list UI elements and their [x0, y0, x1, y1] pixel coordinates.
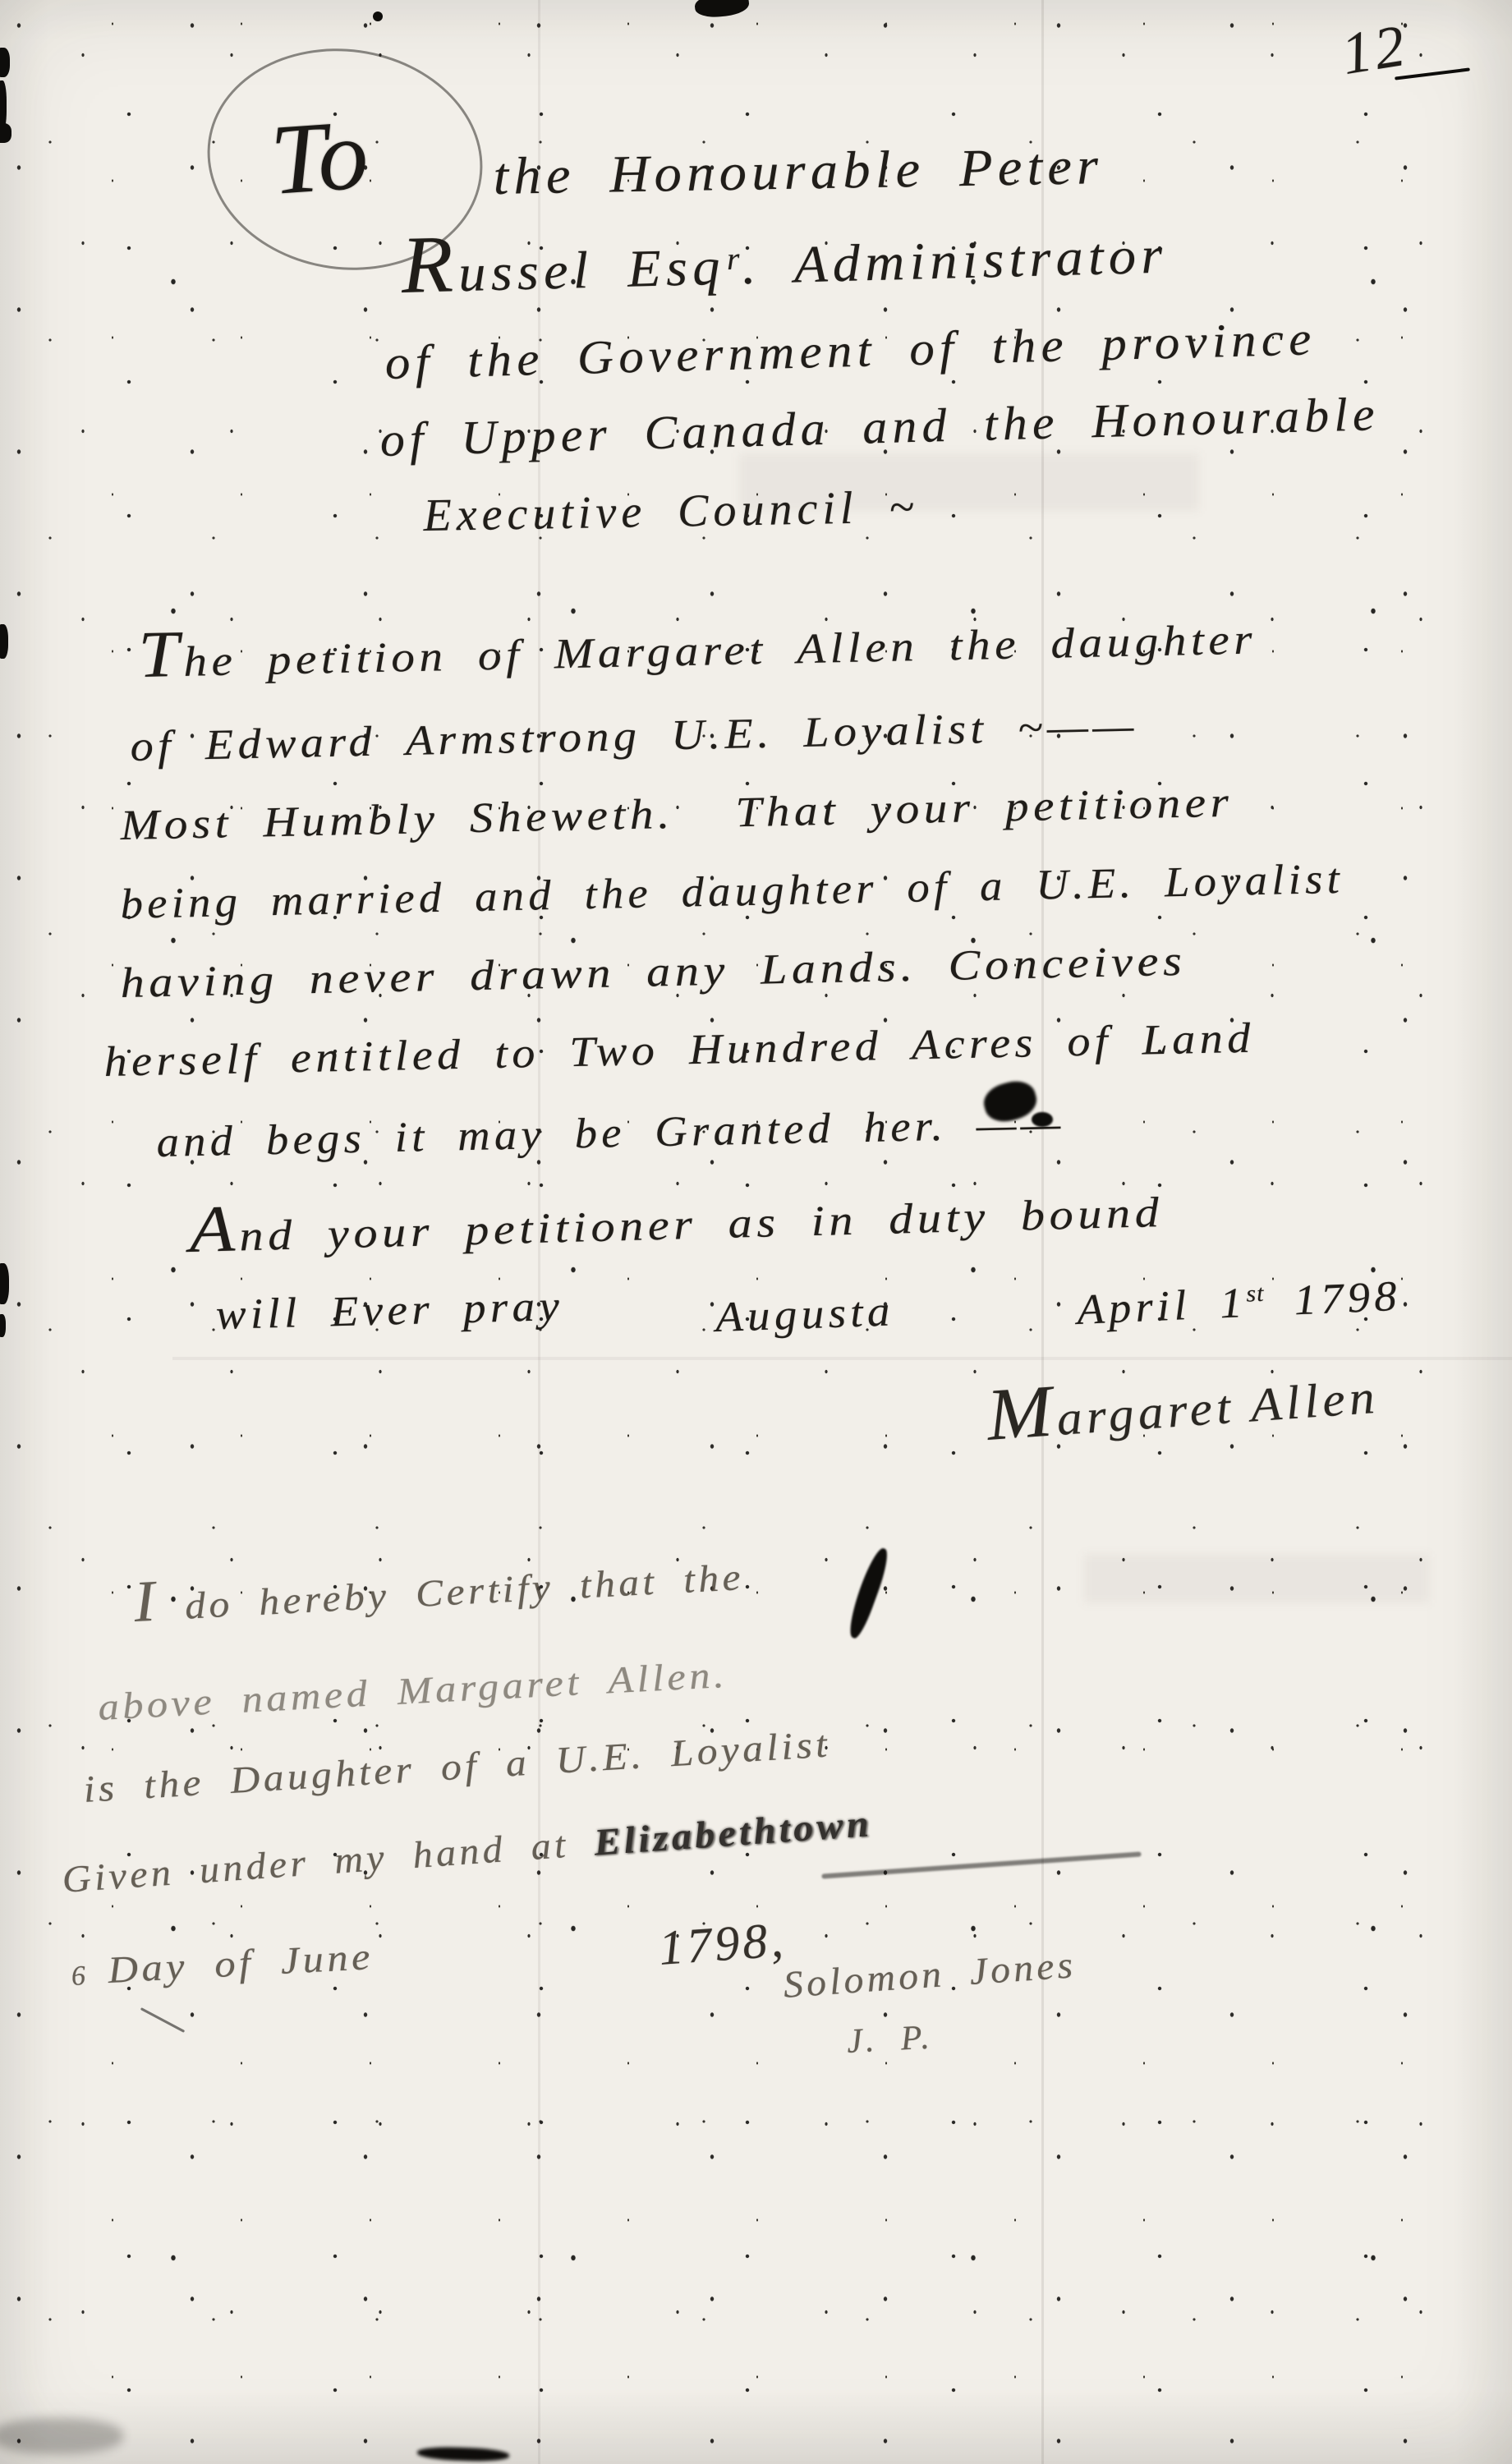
overwrite-stroke [821, 1851, 1141, 1878]
edge-stain [0, 1263, 9, 1304]
certificate-signer-title: J. P. [846, 2018, 934, 2062]
heavy-ink-stroke [843, 1546, 893, 1641]
address-line-2: Russel Esqʳ. Administrator [401, 225, 1168, 306]
signature: Margaret Allen [986, 1369, 1381, 1451]
certificate-year: 1798, [657, 1911, 788, 1977]
certificate-place: Elizabethtown [592, 1802, 873, 1864]
closing-date: April 1st 1798 [1076, 1272, 1402, 1335]
edge-stain [0, 123, 11, 143]
closing-line-1: And your petitioner as in duty bound [189, 1188, 1164, 1262]
bleed-through-smear [1084, 1554, 1429, 1603]
certificate-day: 6 [71, 1961, 90, 1993]
fold-line-horizontal [172, 1357, 1512, 1360]
certificate-line-4: Given under my hand at Elizabethtown [61, 1801, 873, 1901]
address-line-1: the Honourable Peter [493, 136, 1104, 207]
edge-stain [0, 624, 8, 659]
petition-line: herself entitled to Two Hundred Acres of… [103, 1014, 1255, 1087]
closing-pray: will Ever pray [215, 1282, 564, 1340]
address-line-5: Executive Council ~ [423, 480, 919, 542]
petition-line: having never drawn any Lands. Conceives [120, 937, 1187, 1008]
edge-stain [417, 2446, 509, 2462]
page-number: 12 [1337, 11, 1413, 88]
petition-line: The petition of Margaret Allen the daugh… [138, 615, 1257, 687]
day-flourish [140, 2007, 185, 2033]
closing-date-year: 1798 [1293, 1273, 1402, 1325]
edge-stain [373, 11, 383, 21]
certificate-signer: Solomon Jones [782, 1942, 1078, 2007]
certificate-line-4-text: Given under my hand at [61, 1822, 595, 1901]
closing-date-day: April 1 [1076, 1280, 1248, 1334]
certificate-line-2: above named Margaret Allen. [97, 1653, 728, 1729]
petition-line: Most Humbly Sheweth. That your petitione… [120, 779, 1234, 850]
certificate-line-5: Day of June [107, 1934, 375, 1992]
petition-line: of Edward Armstrong U.E. Loyalist ~—— [130, 701, 1138, 771]
certificate-line-3: is the Daughter of a U.E. Loyalist [82, 1722, 832, 1811]
petition-line: being married and the daughter of a U.E.… [120, 855, 1344, 929]
closing-date-ordinal: st [1246, 1281, 1265, 1308]
edge-stain [0, 2418, 123, 2454]
edge-stain [694, 0, 751, 19]
scanned-petition-page: 12 To the Honourable Peter Russel Esqʳ. … [0, 0, 1512, 2464]
edge-stain [0, 80, 7, 131]
closing-place: Augusta [715, 1287, 895, 1342]
address-line-4: of Upper Canada and the Honourable [379, 386, 1380, 467]
address-initial: To [267, 97, 371, 218]
edge-stain [0, 1314, 6, 1337]
address-line-3: of the Government of the province [384, 310, 1317, 390]
certificate-line-1: I do hereby Certify that the [133, 1555, 745, 1630]
edge-stain [0, 48, 10, 77]
petition-line: and begs it may be Granted her. —— [156, 1100, 1065, 1167]
